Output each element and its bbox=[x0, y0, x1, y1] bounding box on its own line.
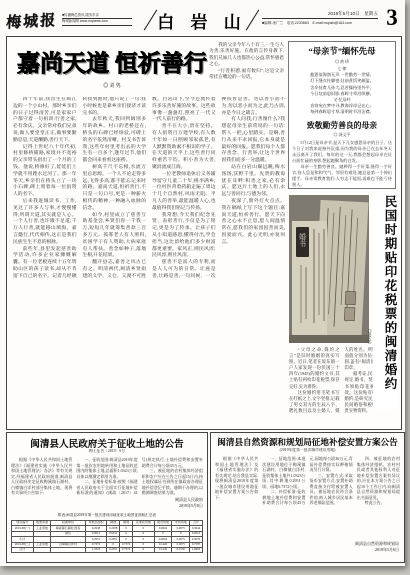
land-notice-date: 2019年5月8日 bbox=[125, 503, 203, 509]
masthead-tagline-line2: 梅城新闻网 www.mqnews.com bbox=[62, 19, 132, 25]
main-content-box: 嘉尚天道 恒祈善行 ◎ 刘 隽 我的父亲今年八十有三,一生与人为善,乐善好施。在… bbox=[6, 36, 402, 430]
compensation-notice-subtitle: (2019年度第一批次城市建设用地) bbox=[213, 448, 402, 454]
land-notice-title: 闽清县人民政府关于征收土地的公告 bbox=[9, 436, 205, 449]
land-notice-doc-number: 梅土征告〔2019〕6号 bbox=[9, 449, 205, 455]
compensation-notice-body: 根据《中华人民共和国土地管理法》及《福建省实施办法》的有关规定,结合我县实际,现… bbox=[215, 456, 400, 546]
stamp-article-headline: 民国时期贴印花税票的闽清婚约 bbox=[373, 195, 399, 409]
newspaper-page: 梅城报 ■传播梅邑资讯,服务乡亲 梅城新闻网 www.mqnews.com 白 … bbox=[0, 0, 405, 566]
photo-label-text: 婚书 bbox=[299, 232, 307, 248]
old-document-photo: 婚书 bbox=[289, 195, 369, 343]
page-number: 3 bbox=[381, 5, 403, 33]
editor-line: ■编辑:汤广兰 电话:2233663 E-mail:mqnsb@163.com bbox=[262, 19, 378, 26]
old-document-photo-image: 婚书 bbox=[289, 195, 369, 343]
main-article-byline: ◎ 刘 隽 bbox=[13, 82, 211, 90]
poem-title: “母亲节”缅怀先母 bbox=[292, 45, 392, 57]
land-notice-signature: 闽清县人民政府 2019年5月8日 bbox=[125, 497, 203, 509]
essay-title: 致敬勤劳善良的母亲 bbox=[292, 120, 392, 131]
essay-body: 5月12日是母亲节,是天下儿女感恩母亲的日子。这个日子对我来说格外沉重,因为我的… bbox=[292, 140, 392, 189]
poem-byline: ◎ 黄 珍 bbox=[292, 59, 392, 65]
land-expropriation-notice: 闽清县人民政府关于征收土地的公告 梅土征告〔2019〕6号 根据《中华人民共和国… bbox=[6, 432, 208, 563]
compensation-plan-notice: 闽清县自然资源和规划局征地补偿安置方案公告 (2019年度第一批次城市建设用地)… bbox=[210, 432, 405, 563]
main-article-intro-column: 我的父亲今年八十有三,一生与人为善,乐善好施。在他的言传身教下,我们兄妹几人也都… bbox=[209, 42, 284, 96]
page-title: 白 岩 山 bbox=[154, 8, 250, 34]
main-article-body: 四十年前,我出生在闽江边的一个小山村。那时乡亲们的日子过得清苦,可是家家户户都守… bbox=[13, 97, 285, 421]
poem-verse-2: 音容宛在梦中寻,教诲谆谆记在心。每到春晖思寸草,清明时节泪沾襟。 bbox=[292, 103, 392, 116]
memorial-box: “母亲节”缅怀先母 ◎ 黄 珍 七 律 慈恩似海润无声,一世勤劳一世情。灯下缝衣… bbox=[288, 41, 396, 189]
essay-byline: ◎ 汤文平 bbox=[292, 132, 392, 138]
land-notice-table: 项目编号地类用途权属单位用地总面积耕地园地其他农用地建设用地未利用地合计2019… bbox=[11, 520, 203, 558]
header-info: 2019年5月10日 星期五 ■编辑:汤广兰 电话:2233663 E-mail… bbox=[262, 11, 378, 31]
compensation-notice-title: 闽清县自然资源和规划局征地补偿安置方案公告 bbox=[213, 436, 402, 448]
masthead-logo: 梅城报 bbox=[5, 9, 60, 36]
compensation-notice-date: 2019年5月6日 bbox=[305, 547, 399, 553]
poem-verse-1: 慈恩似海润无声,一世勤劳一世情。灯下缝衣针脚密,灶前煮饭笑颜盈。含辛抚育儿孙大,… bbox=[292, 72, 392, 97]
compensation-notice-signature: 闽清县自然资源和规划局 2019年5月6日 bbox=[305, 541, 399, 555]
date-line: 2019年5月10日 星期五 bbox=[262, 11, 378, 19]
masthead-tagline: ■传播梅邑资讯,服务乡亲 梅城新闻网 www.mqnews.com bbox=[62, 13, 132, 29]
land-notice-table-caption: 附表:闽清县2019年第一批次建设用地征收土地预征面积汇总表 bbox=[9, 513, 205, 519]
main-article-headline: 嘉尚天道 恒祈善行 bbox=[13, 45, 211, 79]
